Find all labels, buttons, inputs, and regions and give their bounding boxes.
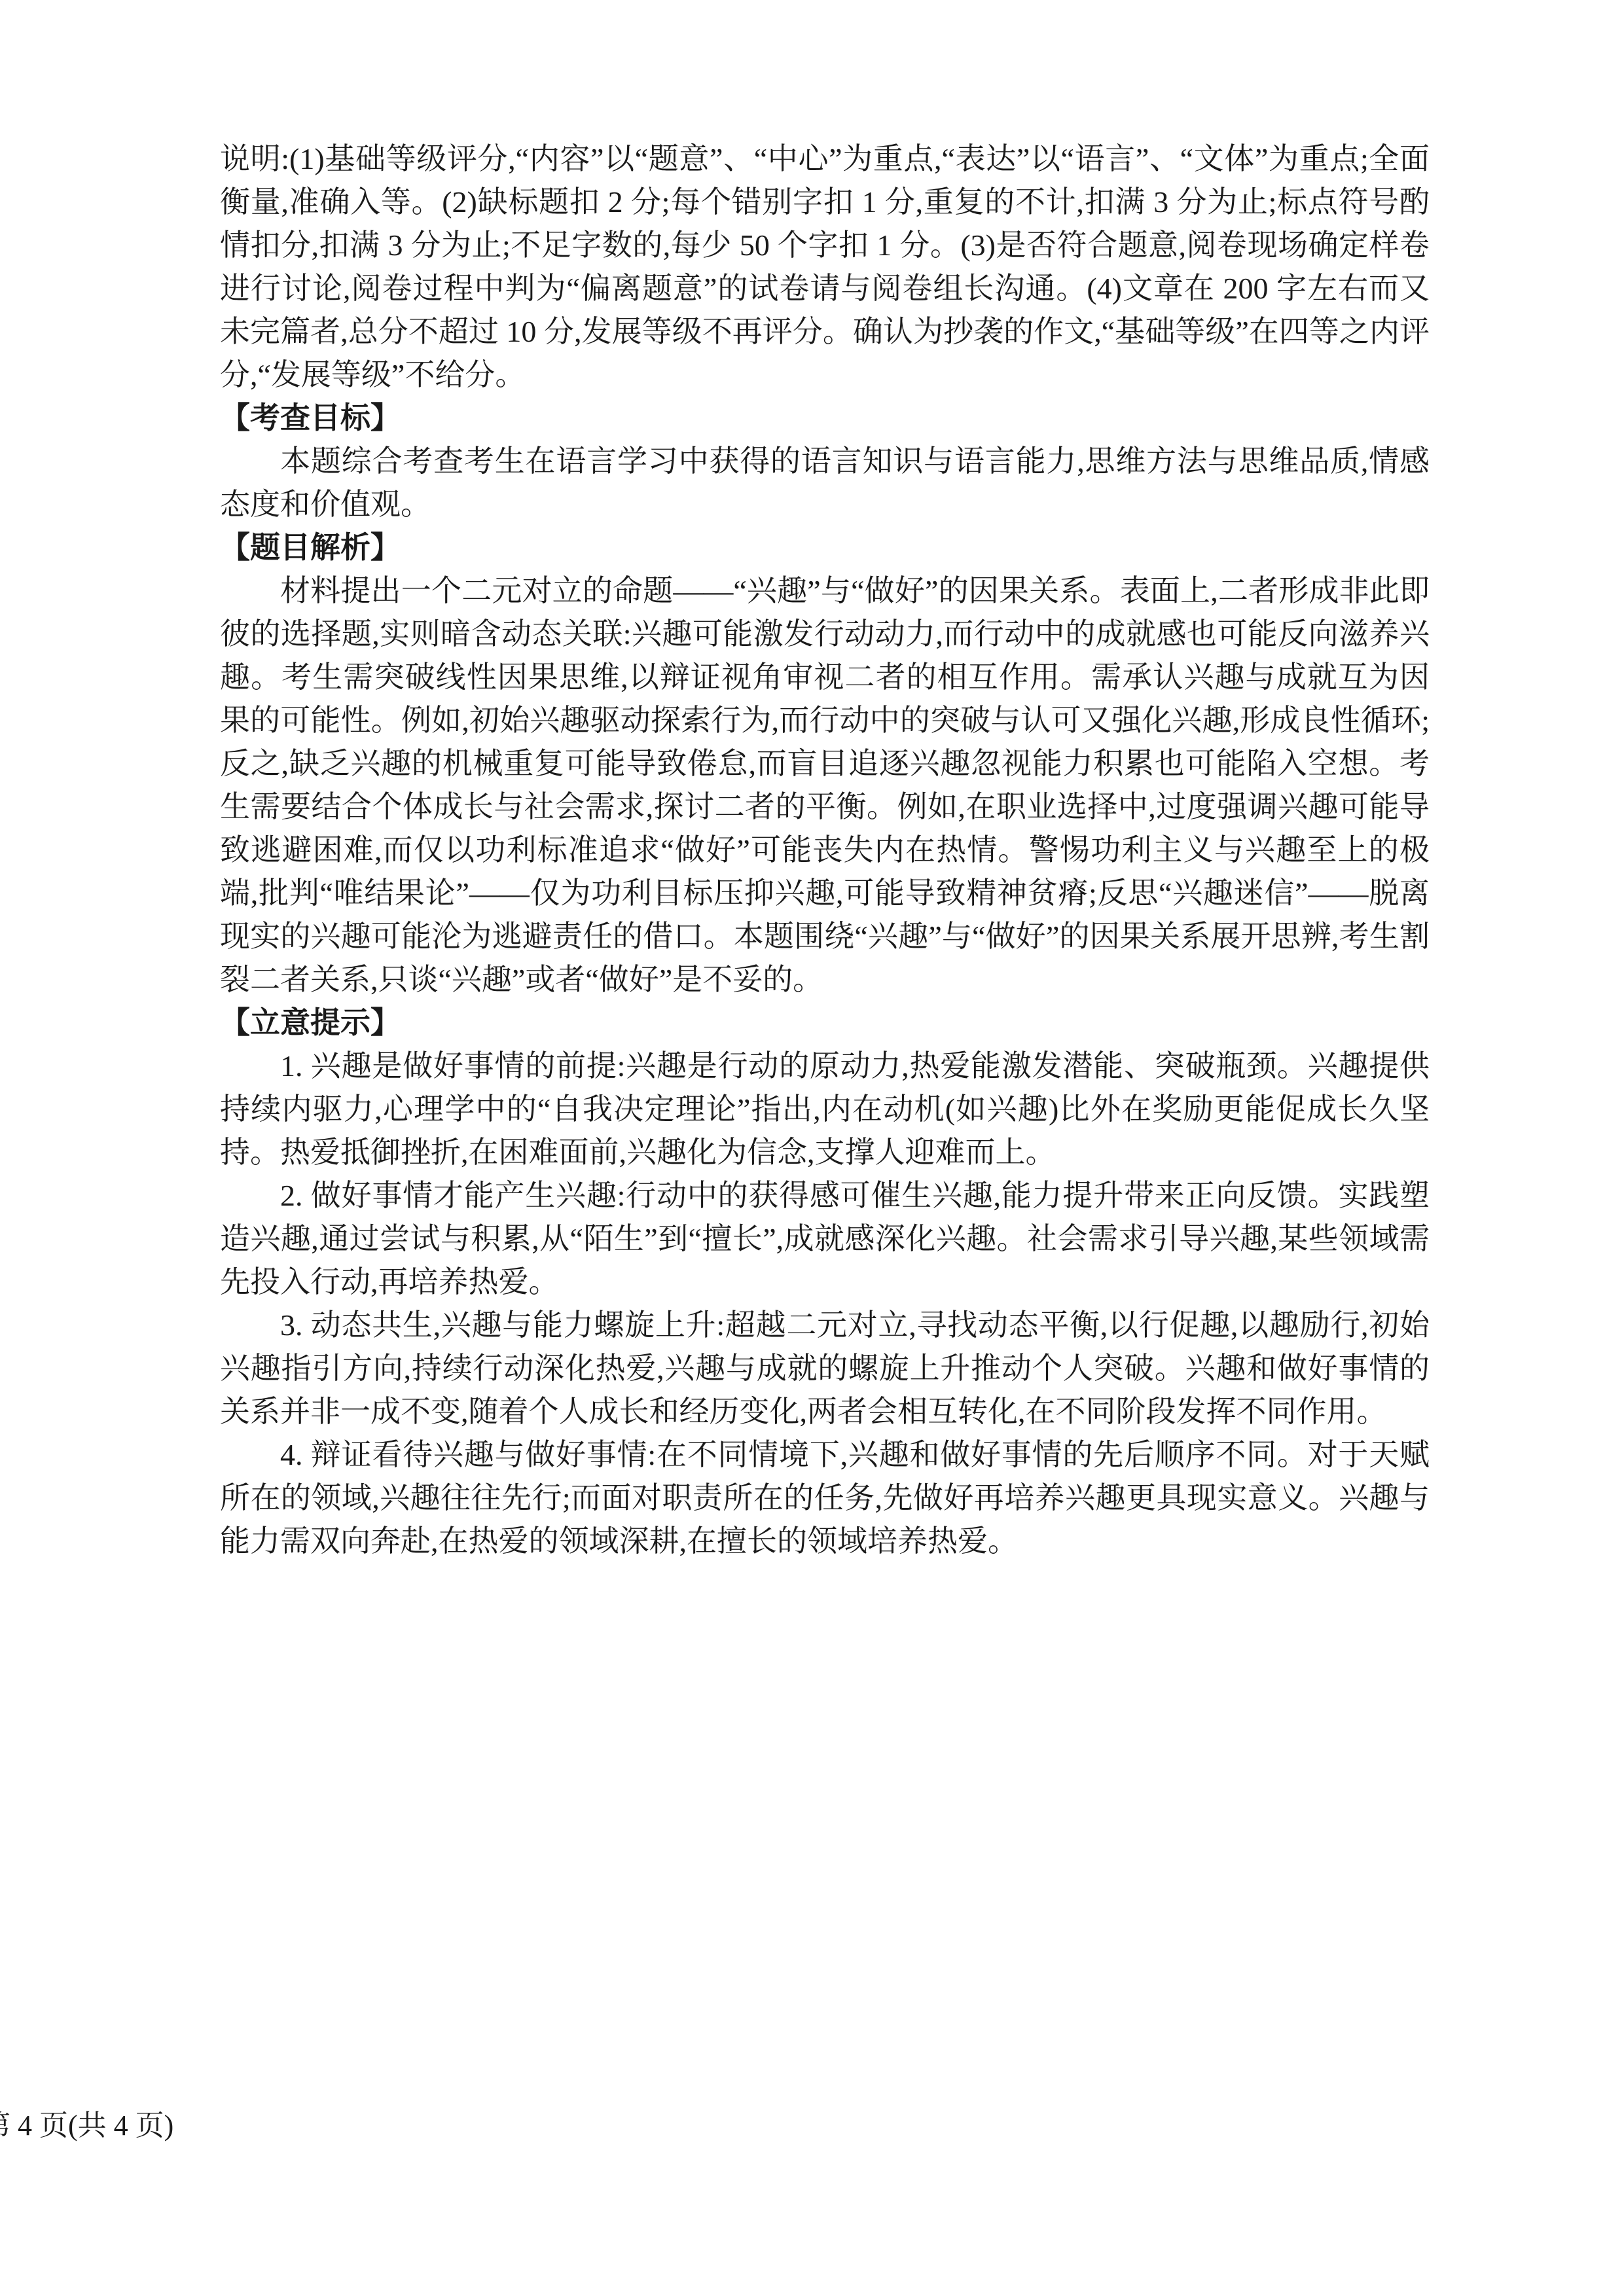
section-heading-idea-hints: 【立意提示】: [220, 1001, 1430, 1045]
section-heading-topic-analysis: 【题目解析】: [220, 526, 1430, 569]
idea-hint-paragraph-1: 1. 兴趣是做好事情的前提:兴趣是行动的原动力,热爱能激发潜能、突破瓶颈。兴趣提…: [220, 1045, 1430, 1174]
scanned-exam-answer-page: 说明:(1)基础等级评分,“内容”以“题意”、“中心”为重点,“表达”以“语言”…: [0, 0, 1624, 2296]
idea-hint-paragraph-3: 3. 动态共生,兴趣与能力螺旋上升:超越二元对立,寻找动态平衡,以行促趣,以趣励…: [220, 1304, 1430, 1433]
section-heading-exam-objectives: 【考查目标】: [220, 397, 1430, 440]
grading-notes-paragraph: 说明:(1)基础等级评分,“内容”以“题意”、“中心”为重点,“表达”以“语言”…: [220, 137, 1430, 397]
idea-hint-paragraph-2: 2. 做好事情才能产生兴趣:行动中的获得感可催生兴趣,能力提升带来正向反馈。实践…: [220, 1174, 1430, 1304]
exam-objectives-paragraph: 本题综合考查考生在语言学习中获得的语言知识与语言能力,思维方法与思维品质,情感态…: [220, 440, 1430, 526]
topic-analysis-paragraph: 材料提出一个二元对立的命题——“兴趣”与“做好”的因果关系。表面上,二者形成非此…: [220, 569, 1430, 1001]
idea-hint-paragraph-4: 4. 辩证看待兴趣与做好事情:在不同情境下,兴趣和做好事情的先后顺序不同。对于天…: [220, 1433, 1430, 1563]
page-number-footer: 第 4 页(共 4 页): [0, 2109, 173, 2143]
document-body: 说明:(1)基础等级评分,“内容”以“题意”、“中心”为重点,“表达”以“语言”…: [220, 137, 1430, 1563]
